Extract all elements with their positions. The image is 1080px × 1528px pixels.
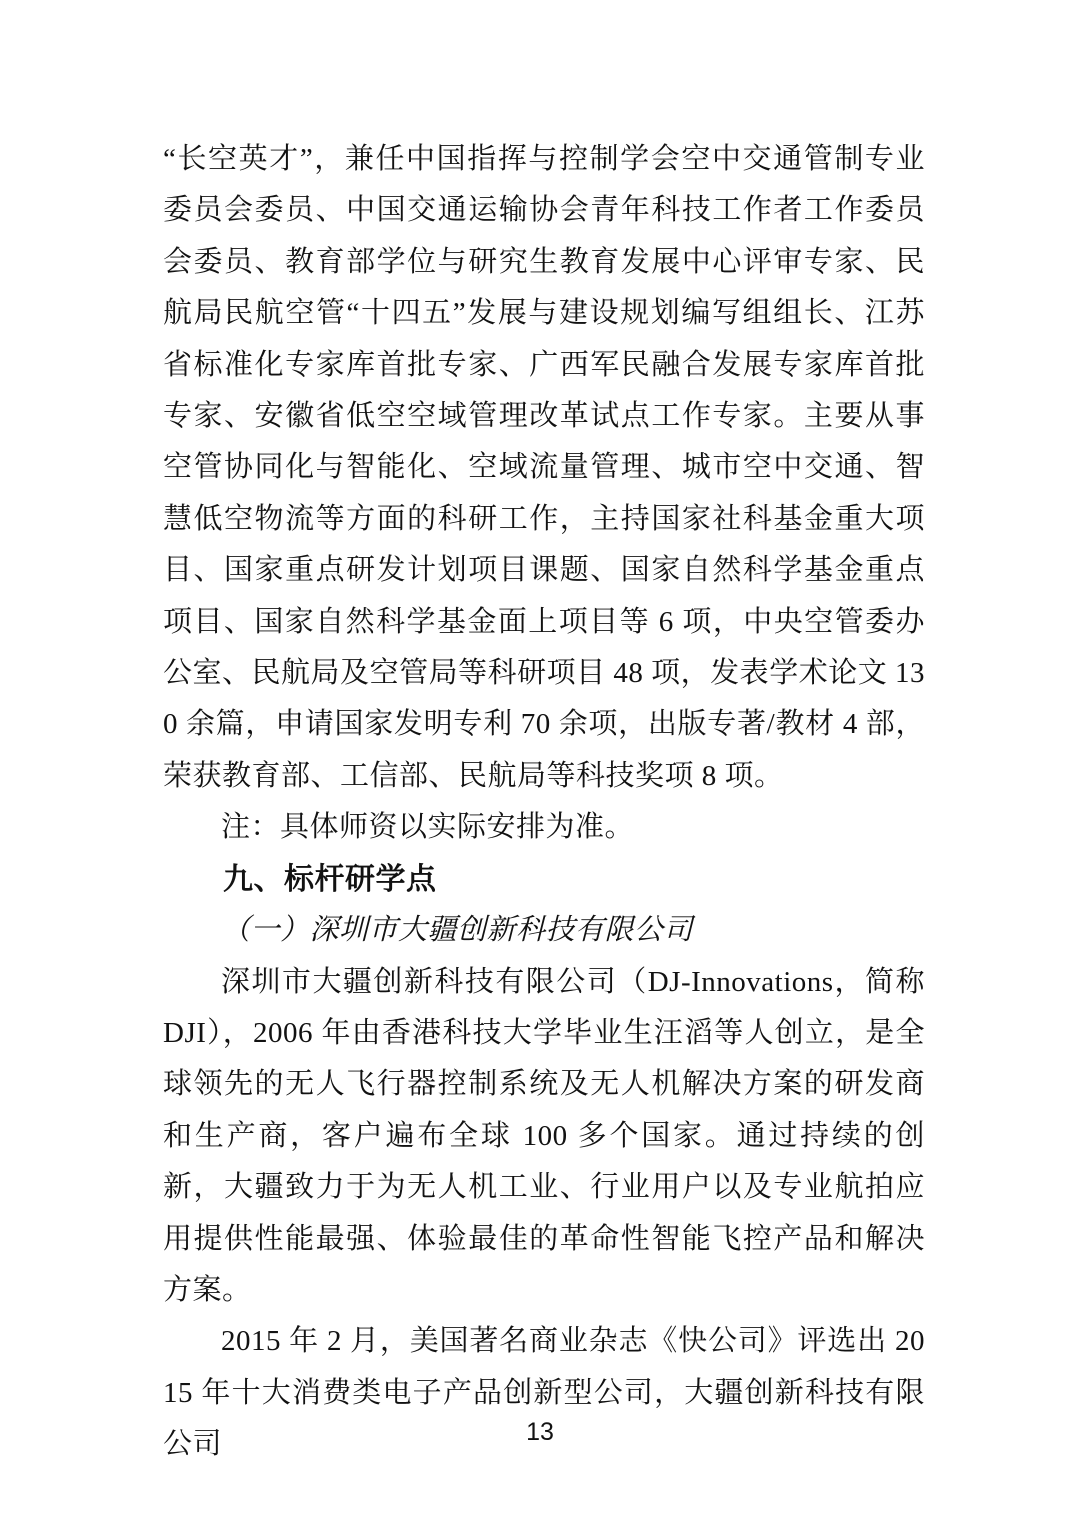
page-number: 13 [0, 1418, 1080, 1447]
subsection-heading: （一）深圳市大疆创新科技有限公司 [163, 905, 925, 956]
note-line: 注：具体师资以实际安排为准。 [163, 802, 925, 853]
dji-award-paragraph: 2015 年 2 月，美国著名商业杂志《快公司》评选出 2015 年十大消费类电… [163, 1316, 925, 1470]
document-content: “长空英才”，兼任中国指挥与控制学会空中交通管制专业委员会委员、中国交通运输协会… [163, 134, 925, 1471]
instructor-bio-continued: “长空英才”，兼任中国指挥与控制学会空中交通管制专业委员会委员、中国交通运输协会… [163, 134, 925, 802]
section-heading: 九、标杆研学点 [163, 854, 925, 905]
dji-intro-paragraph: 深圳市大疆创新科技有限公司（DJ-Innovations，简称 DJI），200… [163, 957, 925, 1317]
document-page: “长空英才”，兼任中国指挥与控制学会空中交通管制专业委员会委员、中国交通运输协会… [0, 0, 1080, 1528]
